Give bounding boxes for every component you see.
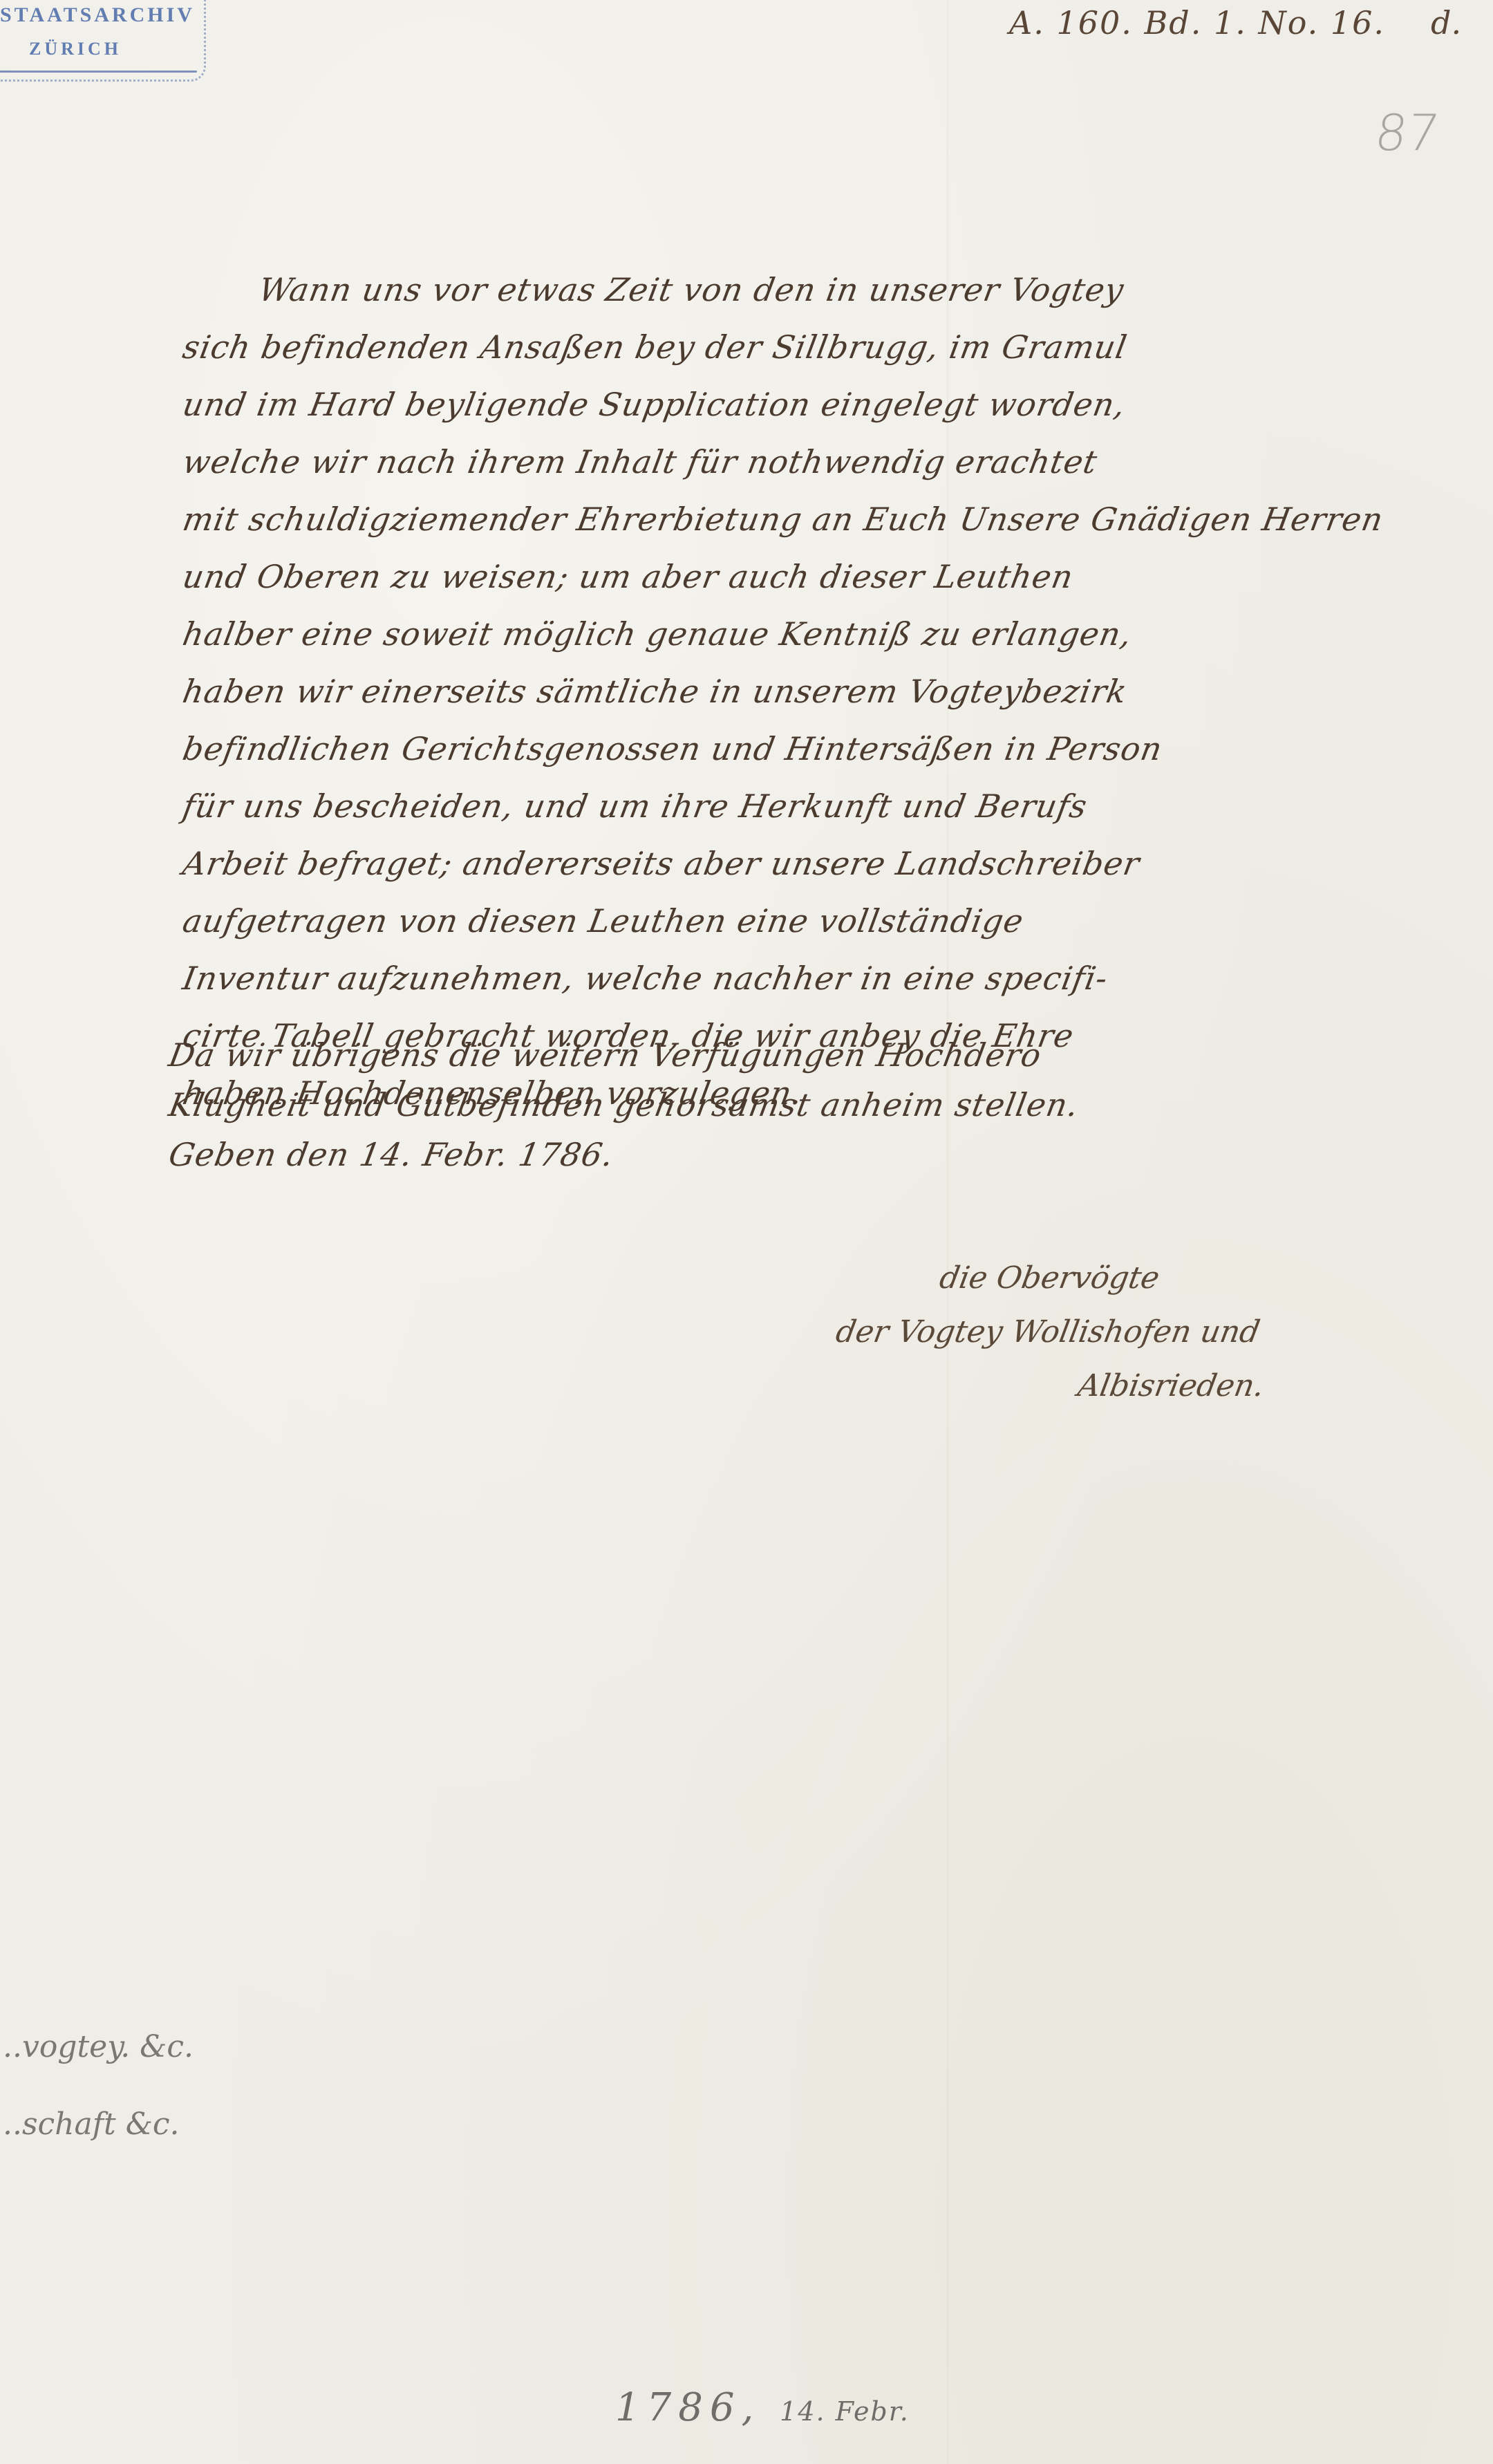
body-line: und Oberen zu weisen; um aber auch diese… xyxy=(178,548,1474,606)
shelfmark: A. 160. Bd. 1. No. 16. xyxy=(1009,4,1385,41)
stamp-underline xyxy=(0,71,197,73)
body-line: Wann uns vor etwas Zeit von den in unser… xyxy=(178,261,1474,319)
body-line: sich befindenden Ansaßen bey der Sillbru… xyxy=(178,319,1474,376)
archival-date-day: 14. Febr. xyxy=(780,2396,910,2427)
shelfmark-letter: d. xyxy=(1431,4,1461,41)
body-line: für uns bescheiden, und um ihre Herkunft… xyxy=(178,778,1474,835)
marginalia-line-2: ...schaft &c. xyxy=(0,2086,194,2163)
signature-line-2: der Vogtey Wollishofen und xyxy=(832,1305,1268,1359)
archive-stamp: STAATSARCHIV ZÜRICH xyxy=(0,0,206,82)
body-line: befindlichen Gerichtsgenossen und Hinter… xyxy=(178,720,1474,778)
stamp-line-2: ZÜRICH xyxy=(29,39,122,59)
stamp-line-1: STAATSARCHIV xyxy=(0,3,195,27)
closing-line-date: Geben den 14. Febr. 1786. xyxy=(165,1130,1487,1179)
body-line: haben wir einerseits sämtliche in unsere… xyxy=(178,663,1474,720)
closing-paragraph: Da wir übrigens die weitern Verfügungen … xyxy=(169,1030,1483,1179)
body-line: mit schuldigziemender Ehrerbietung an Eu… xyxy=(178,491,1474,548)
body-line: welche wir nach ihrem Inhalt für nothwen… xyxy=(178,433,1474,491)
signature-line-3: Albisrieden. xyxy=(832,1359,1268,1413)
signature-line-1: die Obervögte xyxy=(832,1251,1268,1305)
body-line: Arbeit befraget; andererseits aber unser… xyxy=(178,835,1474,893)
body-line: aufgetragen von diesen Leuthen eine voll… xyxy=(178,893,1474,950)
archival-date-note: 1786, 14. Febr. xyxy=(615,2385,910,2430)
body-line: halber eine soweit möglich genaue Kentni… xyxy=(178,606,1474,663)
signature-block: die Obervögte der Vogtey Wollishofen und… xyxy=(836,1251,1264,1413)
letter-body: Wann uns vor etwas Zeit von den in unser… xyxy=(183,261,1469,1122)
pencil-marginalia: ...vogtey. &c. ...schaft &c. xyxy=(0,2008,194,2163)
marginalia-line-1: ...vogtey. &c. xyxy=(0,2008,194,2086)
archival-date-year: 1786, xyxy=(615,2385,760,2430)
body-line: Inventur aufzunehmen, welche nachher in … xyxy=(178,950,1474,1007)
folio-number: 87 xyxy=(1371,104,1443,162)
body-line: und im Hard beyligende Supplication eing… xyxy=(178,376,1474,433)
closing-line: Da wir übrigens die weitern Verfügungen … xyxy=(165,1030,1487,1080)
document-page: STAATSARCHIV ZÜRICH A. 160. Bd. 1. No. 1… xyxy=(0,0,1493,2464)
closing-line: Klugheit und Gutbefinden gehorsamst anhe… xyxy=(165,1080,1487,1130)
